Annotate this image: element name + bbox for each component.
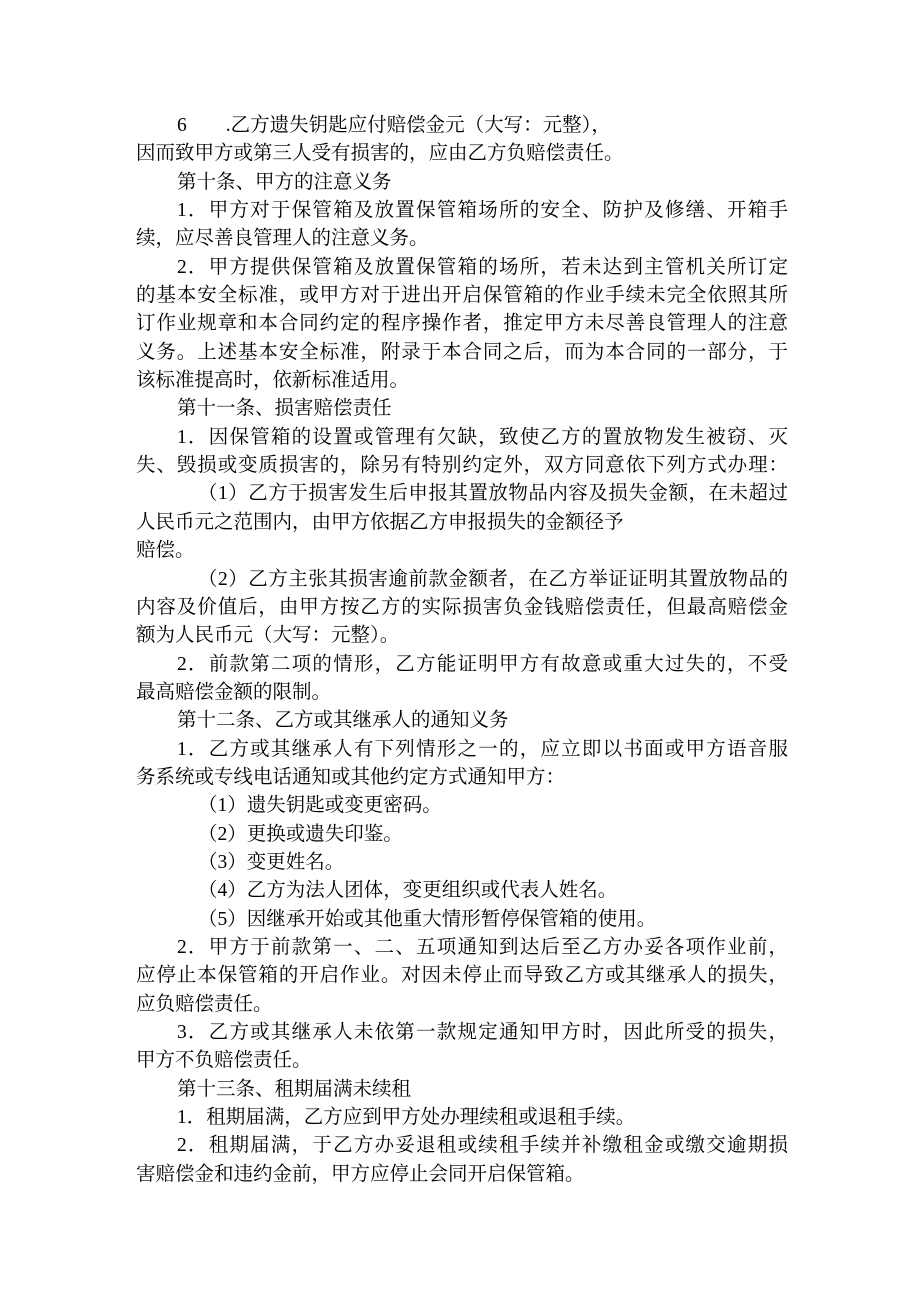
document-line: 2．甲方于前款第一、二、五项通知到达后至乙方办妥各项作业前， — [136, 934, 788, 962]
document-line: 内容及价值后，由甲方按乙方的实际损害负金钱赔偿责任，但最高赔偿金 — [136, 594, 788, 622]
document-line: 额为人民币元（大写：元整）。 — [136, 622, 788, 650]
document-line: 2．前款第二项的情形，乙方能证明甲方有故意或重大过失的，不受 — [136, 651, 788, 679]
document-line: 应停止本保管箱的开启作业。对因未停止而导致乙方或其继承人的损失， — [136, 962, 788, 990]
contract-text-block: 6 .乙方遗失钥匙应付赔偿金元（大写：元整），因而致甲方或第三人受有损害的，应由… — [136, 112, 788, 1189]
document-line: 最高赔偿金额的限制。 — [136, 679, 788, 707]
document-line: 赔偿。 — [136, 537, 788, 565]
document-line: 义务。上述基本安全标准，附录于本合同之后，而为本合同的一部分，于 — [136, 339, 788, 367]
document-line: 的基本安全标准，或甲方对于进出开启保管箱的作业手续未完全依照其所 — [136, 282, 788, 310]
document-line: 因而致甲方或第三人受有损害的，应由乙方负赔偿责任。 — [136, 140, 788, 168]
section-heading: 第十一条、损害赔偿责任 — [136, 395, 788, 423]
document-line: （2）更换或遗失印鉴。 — [136, 821, 788, 849]
document-line: 3．乙方或其继承人未依第一款规定通知甲方时，因此所受的损失， — [136, 1019, 788, 1047]
document-line: （2）乙方主张其损害逾前款金额者，在乙方举证证明其置放物品的 — [136, 566, 788, 594]
document-line: 1．租期届满，乙方应到甲方处办理续租或退租手续。 — [136, 1104, 788, 1132]
document-page: 6 .乙方遗失钥匙应付赔偿金元（大写：元整），因而致甲方或第三人受有损害的，应由… — [0, 0, 920, 1301]
document-line: 失、毁损或变质损害的，除另有特别约定外，双方同意依下列方式办理： — [136, 452, 788, 480]
document-line: 务系统或专线电话通知或其他约定方式通知甲方： — [136, 764, 788, 792]
document-line: 2．租期届满，于乙方办妥退租或续租手续并补缴租金或缴交逾期损 — [136, 1132, 788, 1160]
document-line: （3）变更姓名。 — [136, 849, 788, 877]
document-line: 害赔偿金和违约金前，甲方应停止会同开启保管箱。 — [136, 1161, 788, 1189]
document-line: 1．乙方或其继承人有下列情形之一的，应立即以书面或甲方语音服 — [136, 736, 788, 764]
section-heading: 第十三条、租期届满未续租 — [136, 1076, 788, 1104]
document-line: 该标准提高时，依新标准适用。 — [136, 367, 788, 395]
document-line: （1）遗失钥匙或变更密码。 — [136, 792, 788, 820]
document-line: 订作业规章和本合同约定的程序操作者，推定甲方未尽善良管理人的注意 — [136, 310, 788, 338]
document-line: 1．因保管箱的设置或管理有欠缺，致使乙方的置放物发生被窃、灭 — [136, 424, 788, 452]
document-line: （1）乙方于损害发生后申报其置放物品内容及损失金额，在未超过 — [136, 480, 788, 508]
document-line: 甲方不负赔偿责任。 — [136, 1047, 788, 1075]
document-line: 1．甲方对于保管箱及放置保管箱场所的安全、防护及修缮、开箱手 — [136, 197, 788, 225]
document-line: （5）因继承开始或其他重大情形暂停保管箱的使用。 — [136, 906, 788, 934]
document-line: 续，应尽善良管理人的注意义务。 — [136, 225, 788, 253]
document-line: 应负赔偿责任。 — [136, 991, 788, 1019]
document-line: 人民币元之范围内，由甲方依据乙方申报损失的金额径予 — [136, 509, 788, 537]
document-line: 6 .乙方遗失钥匙应付赔偿金元（大写：元整）， — [136, 112, 788, 140]
section-heading: 第十二条、乙方或其继承人的通知义务 — [136, 707, 788, 735]
document-line: 2．甲方提供保管箱及放置保管箱的场所，若未达到主管机关所订定 — [136, 254, 788, 282]
document-line: （4）乙方为法人团体，变更组织或代表人姓名。 — [136, 877, 788, 905]
section-heading: 第十条、甲方的注意义务 — [136, 169, 788, 197]
